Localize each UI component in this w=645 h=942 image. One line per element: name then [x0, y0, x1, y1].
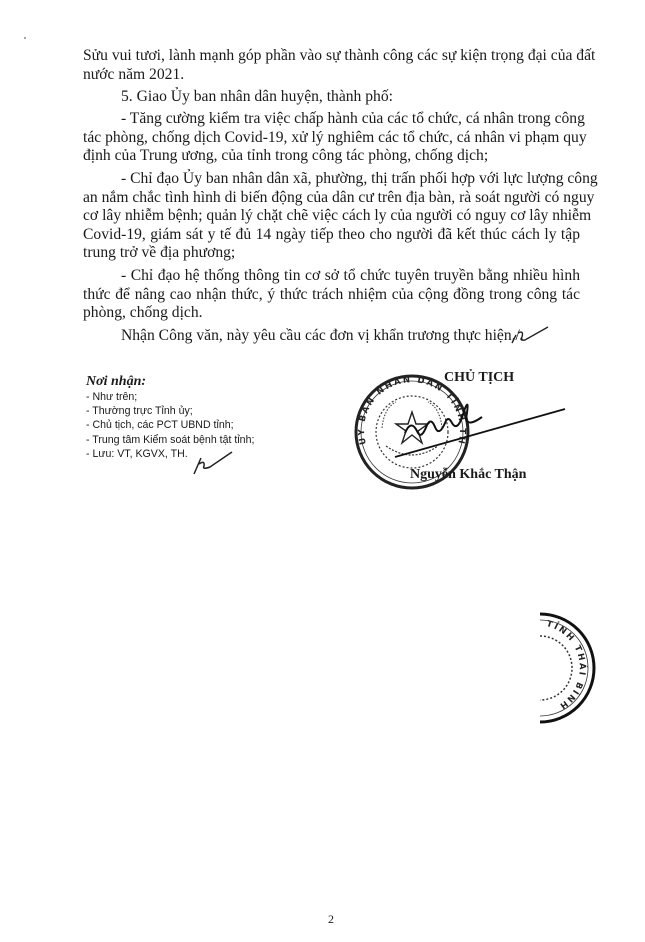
text-line: Covid-19, giám sát y tế đủ 14 ngày tiếp … — [83, 226, 580, 245]
scan-speck — [24, 37, 26, 39]
text-line: định của Trung ương, của tỉnh trong công… — [83, 147, 580, 166]
recipients-block: Nơi nhận: - Như trên; - Thường trực Tỉnh… — [86, 373, 254, 461]
paragraph-5: - Chỉ đạo hệ thống thông tin cơ sở tổ ch… — [83, 267, 580, 323]
initials-mark-icon — [192, 452, 252, 477]
signatory-title: CHỦ TỊCH — [444, 370, 514, 386]
paragraph-3: - Tăng cường kiểm tra việc chấp hành của… — [83, 110, 580, 166]
text-line: - Chỉ đạo hệ thống thông tin cơ sở tổ ch… — [83, 267, 580, 286]
text-line: 5. Giao Ủy ban nhân dân huyện, thành phố… — [83, 88, 580, 107]
recipient-item: - Chủ tịch, các PCT UBND tỉnh; — [86, 418, 254, 432]
page-number: 2 — [328, 912, 334, 927]
recipients-title: Nơi nhận: — [86, 373, 254, 390]
text-line: Nhận Công văn, này yêu cầu các đơn vị kh… — [83, 327, 580, 346]
partial-seal-icon: TỈNH THÁI BÌNH — [540, 610, 600, 730]
paragraph-1: Sửu vui tươi, lành mạnh góp phần vào sự … — [83, 47, 580, 84]
text-line: an nắm chắc tình hình di biến động của d… — [83, 189, 580, 208]
text-line: cơ lây nhiễm bệnh; quản lý chặt chẽ việc… — [83, 207, 580, 226]
paragraph-6: Nhận Công văn, này yêu cầu các đơn vị kh… — [83, 327, 580, 346]
text-line: Sửu vui tươi, lành mạnh góp phần vào sự … — [83, 47, 580, 66]
text-line: tác phòng, chống dịch Covid-19, xử lý ng… — [83, 129, 580, 148]
text-line: - Chỉ đạo Ủy ban nhân dân xã, phường, th… — [83, 170, 580, 189]
recipient-item: - Thường trực Tỉnh ủy; — [86, 404, 254, 418]
text-line: nước năm 2021. — [83, 66, 580, 85]
text-line: thức để nâng cao nhận thức, ý thức trách… — [83, 286, 580, 305]
recipient-item: - Như trên; — [86, 390, 254, 404]
text-line: - Tăng cường kiểm tra việc chấp hành của… — [83, 110, 580, 129]
signatory-name: Nguyễn Khắc Thận — [410, 467, 526, 483]
text-line: phòng, chống dịch. — [83, 304, 580, 323]
initials-mark-icon — [508, 325, 558, 350]
text-line: trung trở về địa phương; — [83, 244, 580, 263]
recipient-item: - Trung tâm Kiểm soát bệnh tật tỉnh; — [86, 433, 254, 447]
paragraph-2: 5. Giao Ủy ban nhân dân huyện, thành phố… — [83, 88, 580, 107]
document-page: Sửu vui tươi, lành mạnh góp phần vào sự … — [0, 0, 645, 942]
paragraph-4: - Chỉ đạo Ủy ban nhân dân xã, phường, th… — [83, 170, 580, 263]
